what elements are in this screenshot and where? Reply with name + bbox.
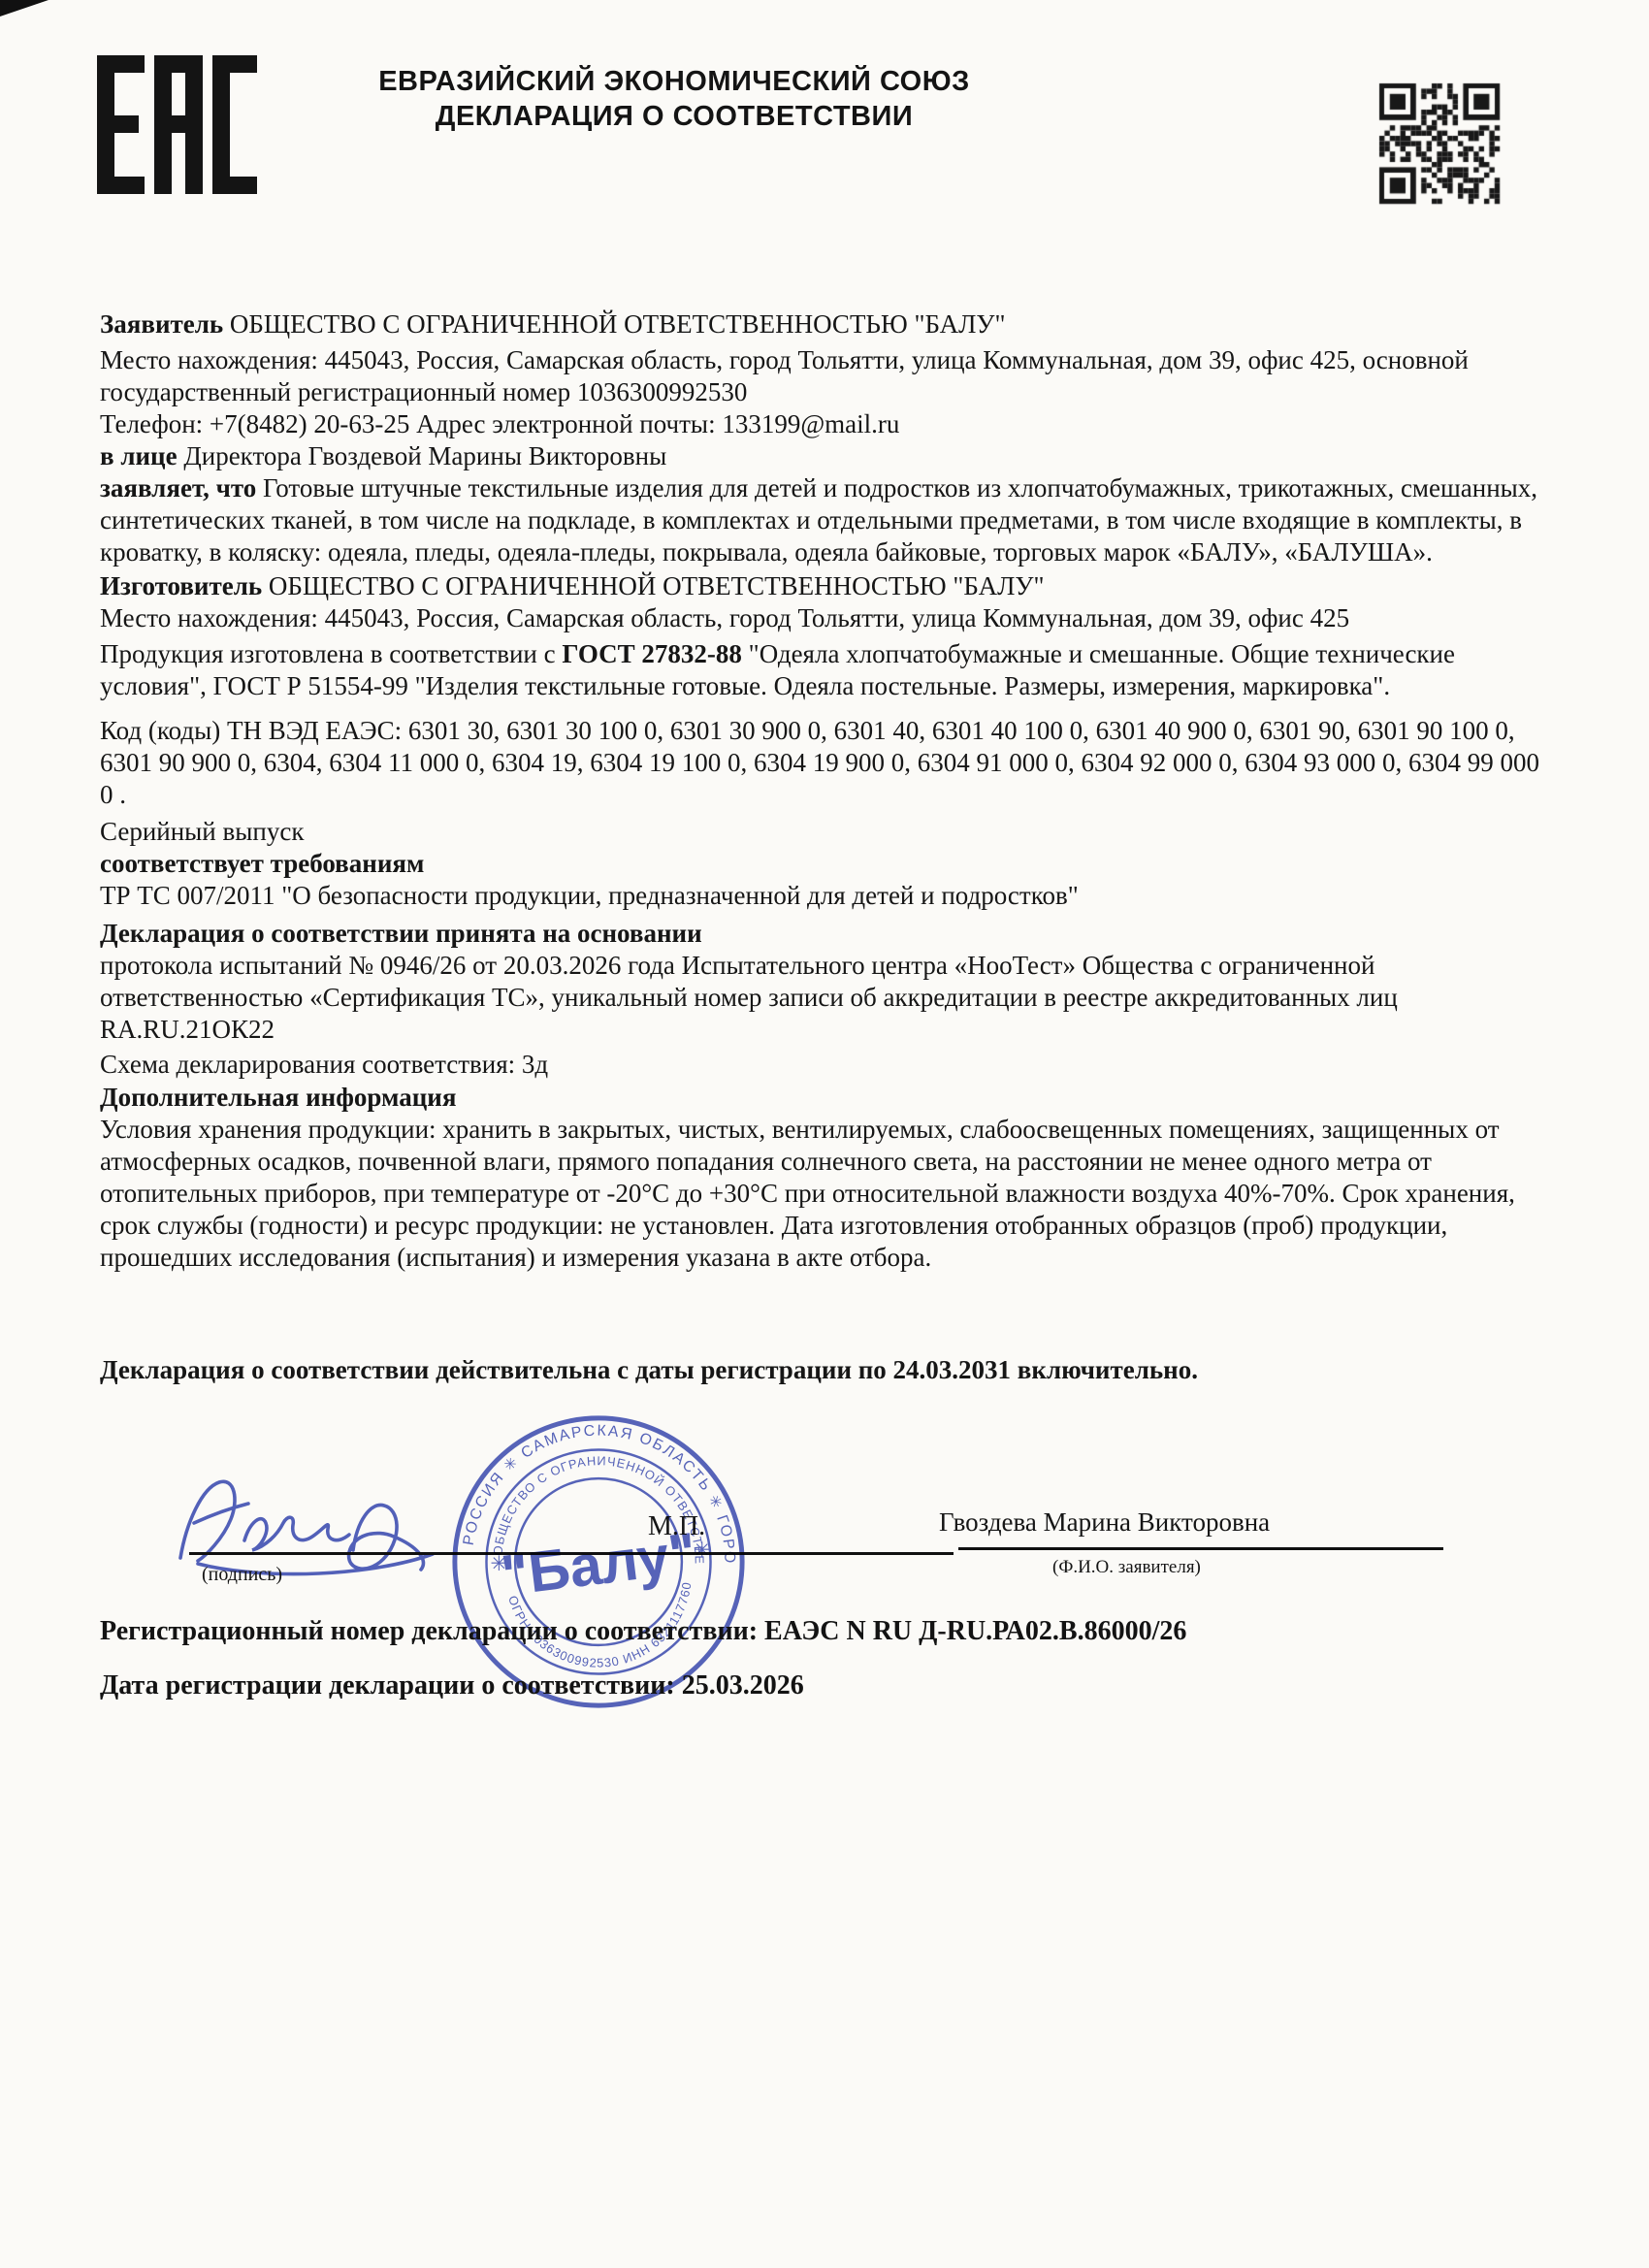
applicant-phone: Телефон: +7(8482) 20-63-25 Адрес электро…: [100, 408, 1557, 440]
company-stamp: РОССИЯ ✳ САМАРСКАЯ ОБЛАСТЬ ✳ ГОРОД ТОЛЬЯ…: [446, 1409, 751, 1714]
stamp-center-name: "Балу": [498, 1520, 699, 1608]
document-body: Заявитель ОБЩЕСТВО С ОГРАНИЧЕННОЙ ОТВЕТС…: [100, 308, 1557, 1386]
scheme-line: Схема декларирования соответствия: 3д: [100, 1049, 1557, 1081]
applicant-line: Заявитель ОБЩЕСТВО С ОГРАНИЧЕННОЙ ОТВЕТС…: [100, 308, 1557, 340]
tnved-codes: Код (коды) ТН ВЭД ЕАЭС: 6301 30, 6301 30…: [100, 715, 1557, 811]
gost-number: ГОСТ 27832-88: [562, 639, 742, 668]
applicant-label: Заявитель: [100, 309, 223, 339]
basis-value: протокола испытаний № 0946/26 от 20.03.2…: [100, 950, 1557, 1046]
title-line-2: ДЕКЛАРАЦИЯ О СООТВЕТСТВИИ: [291, 99, 1057, 134]
title-line-1: ЕВРАЗИЙСКИЙ ЭКОНОМИЧЕСКИЙ СОЮЗ: [291, 64, 1057, 99]
manufacturer-line: Изготовитель ОБЩЕСТВО С ОГРАНИЧЕННОЙ ОТВ…: [100, 570, 1557, 602]
complies-label: соответствует требованиям: [100, 848, 1557, 880]
declares-label: заявляет, что: [100, 473, 256, 502]
applicant-address: Место нахождения: 445043, Россия, Самарс…: [100, 344, 1557, 408]
validity-line: Декларация о соответствии действительна …: [100, 1354, 1557, 1386]
document-title: ЕВРАЗИЙСКИЙ ЭКОНОМИЧЕСКИЙ СОЮЗ ДЕКЛАРАЦИ…: [291, 64, 1057, 134]
basis-label: Декларация о соответствии принята на осн…: [100, 918, 1557, 950]
person-label: в лице: [100, 441, 178, 470]
signature-caption: (подпись): [202, 1564, 282, 1586]
declaration-document-page: ЕВРАЗИЙСКИЙ ЭКОНОМИЧЕСКИЙ СОЮЗ ДЕКЛАРАЦИ…: [0, 0, 1649, 2268]
fio-caption: (Ф.И.О. заявителя): [1052, 1557, 1201, 1578]
applicant-fio: Гвоздева Марина Викторовна: [939, 1507, 1270, 1538]
gost-line: Продукция изготовлена в соответствии с Г…: [100, 638, 1557, 702]
complies-value: ТР ТС 007/2011 "О безопасности продукции…: [100, 880, 1557, 912]
registration-date-line: Дата регистрации декларации о соответств…: [100, 1670, 804, 1701]
serial-issue: Серийный выпуск: [100, 816, 1557, 848]
person-line: в лице Директора Гвоздевой Марины Виктор…: [100, 440, 1557, 472]
scan-corner-artifact: [0, 0, 48, 16]
qr-code-icon: [1375, 78, 1503, 210]
fio-line: [958, 1547, 1443, 1550]
declares-line: заявляет, что Готовые штучные текстильны…: [100, 472, 1557, 568]
additional-label: Дополнительная информация: [100, 1082, 1557, 1114]
manufacturer-label: Изготовитель: [100, 571, 262, 600]
additional-value: Условия хранения продукции: хранить в за…: [100, 1114, 1557, 1274]
eac-logo: [97, 55, 257, 194]
registration-number-line: Регистрационный номер декларации о соотв…: [100, 1616, 1186, 1647]
manufacturer-address: Место нахождения: 445043, Россия, Самарс…: [100, 602, 1557, 634]
